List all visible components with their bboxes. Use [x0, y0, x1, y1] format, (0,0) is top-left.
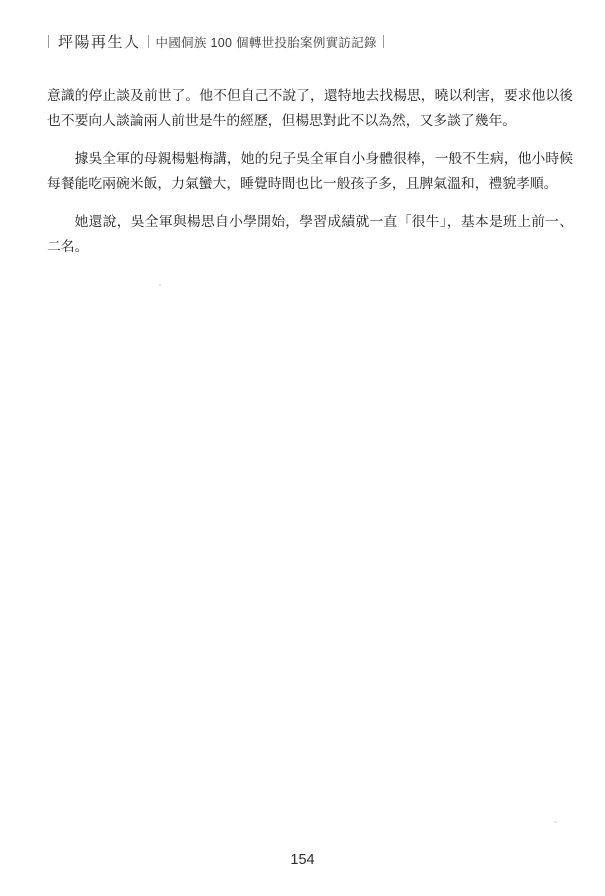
book-title: 坪陽再生人: [58, 31, 141, 52]
header-separator-bar: [48, 35, 49, 48]
header-separator-bar: [383, 35, 384, 48]
book-subtitle: 中國侗族 100 個轉世投胎案例實訪記錄: [156, 33, 377, 51]
paragraph: 據吳全軍的母親楊魁梅講，她的兒子吳全軍自小身體很棒，一般不生病，他小時候每餐能吃…: [47, 146, 573, 196]
scan-speck: [554, 821, 557, 823]
paragraph: 她還說，吳全軍與楊思自小學開始，學習成績就一直「很牛」，基本是班上前一、二名。: [47, 209, 573, 259]
running-header: 坪陽再生人 中國侗族 100 個轉世投胎案例實訪記錄: [47, 31, 385, 52]
header-separator-bar: [148, 35, 149, 48]
scan-speck: [159, 284, 161, 286]
page-number: 154: [0, 852, 605, 868]
paragraph-continuation: 意識的停止談及前世了。他不但自己不說了，還特地去找楊思，曉以利害，要求他以後也不…: [47, 83, 573, 133]
page-body-text: 意識的停止談及前世了。他不但自己不說了，還特地去找楊思，曉以利害，要求他以後也不…: [47, 83, 573, 272]
book-page: 坪陽再生人 中國侗族 100 個轉世投胎案例實訪記錄 意識的停止談及前世了。他不…: [0, 0, 605, 896]
